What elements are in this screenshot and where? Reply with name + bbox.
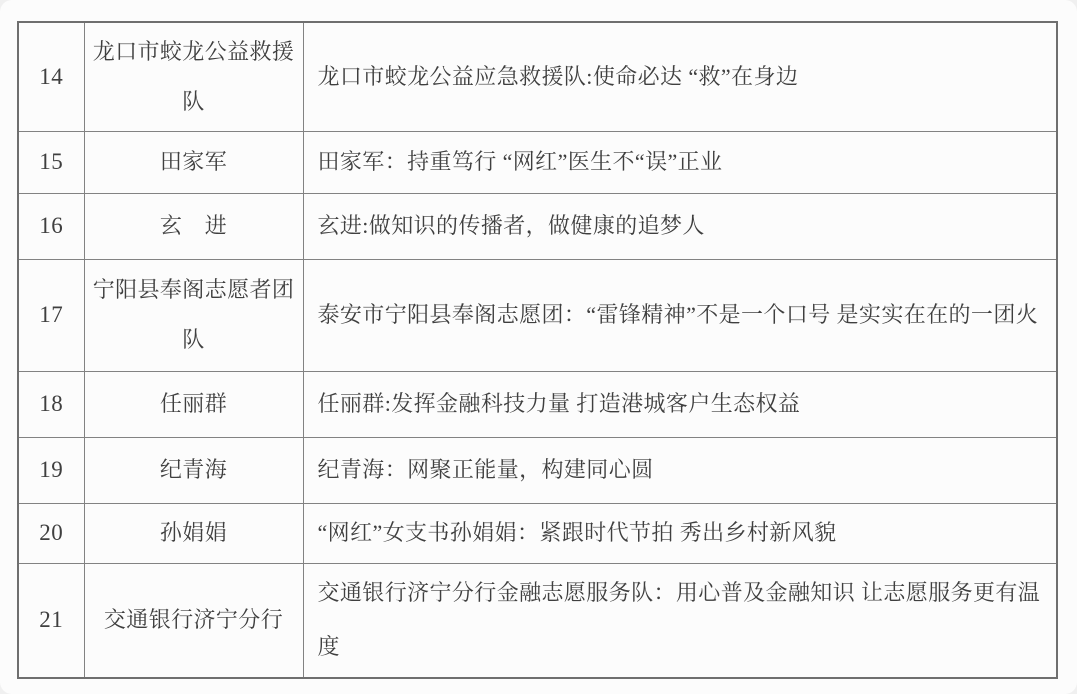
row-entry-title: 任丽群:发挥金融科技力量 打造港城客户生态权益 [303, 371, 1057, 437]
table-row: 18 任丽群 任丽群:发挥金融科技力量 打造港城客户生态权益 [18, 371, 1057, 437]
row-name: 交通银行济宁分行 [84, 563, 303, 678]
row-entry-title: 龙口市蛟龙公益应急救援队:使命必达 “救”在身边 [303, 22, 1057, 131]
row-number: 17 [18, 259, 84, 371]
row-entry-title: “网红”女支书孙娟娟：紧跟时代节拍 秀出乡村新风貌 [303, 503, 1057, 563]
row-name: 孙娟娟 [84, 503, 303, 563]
row-entry-title: 交通银行济宁分行金融志愿服务队：用心普及金融知识 让志愿服务更有温度 [303, 563, 1057, 678]
row-name: 田家军 [84, 131, 303, 193]
table-row: 20 孙娟娟 “网红”女支书孙娟娟：紧跟时代节拍 秀出乡村新风貌 [18, 503, 1057, 563]
row-number: 15 [18, 131, 84, 193]
row-entry-title: 泰安市宁阳县奉阁志愿团：“雷锋精神”不是一个口号 是实实在在的一团火 [303, 259, 1057, 371]
table-row: 16 玄 进 玄进:做知识的传播者，做健康的追梦人 [18, 193, 1057, 259]
row-number: 14 [18, 22, 84, 131]
table-row: 19 纪青海 纪青海：网聚正能量，构建同心圆 [18, 437, 1057, 503]
row-number: 18 [18, 371, 84, 437]
table-row: 14 龙口市蛟龙公益救援队 龙口市蛟龙公益应急救援队:使命必达 “救”在身边 [18, 22, 1057, 131]
row-number: 20 [18, 503, 84, 563]
row-name: 龙口市蛟龙公益救援队 [84, 22, 303, 131]
row-name: 宁阳县奉阁志愿者团队 [84, 259, 303, 371]
page-card: 14 龙口市蛟龙公益救援队 龙口市蛟龙公益应急救援队:使命必达 “救”在身边 1… [0, 0, 1077, 694]
row-entry-title: 纪青海：网聚正能量，构建同心圆 [303, 437, 1057, 503]
row-name: 纪青海 [84, 437, 303, 503]
table-row: 21 交通银行济宁分行 交通银行济宁分行金融志愿服务队：用心普及金融知识 让志愿… [18, 563, 1057, 678]
row-number: 19 [18, 437, 84, 503]
row-name: 玄 进 [84, 193, 303, 259]
row-number: 21 [18, 563, 84, 678]
row-entry-title: 田家军：持重笃行 “网红”医生不“误”正业 [303, 131, 1057, 193]
row-entry-title: 玄进:做知识的传播者，做健康的追梦人 [303, 193, 1057, 259]
row-number: 16 [18, 193, 84, 259]
table-row: 15 田家军 田家军：持重笃行 “网红”医生不“误”正业 [18, 131, 1057, 193]
row-name: 任丽群 [84, 371, 303, 437]
table-row: 17 宁阳县奉阁志愿者团队 泰安市宁阳县奉阁志愿团：“雷锋精神”不是一个口号 是… [18, 259, 1057, 371]
award-list-table: 14 龙口市蛟龙公益救援队 龙口市蛟龙公益应急救援队:使命必达 “救”在身边 1… [17, 21, 1058, 679]
